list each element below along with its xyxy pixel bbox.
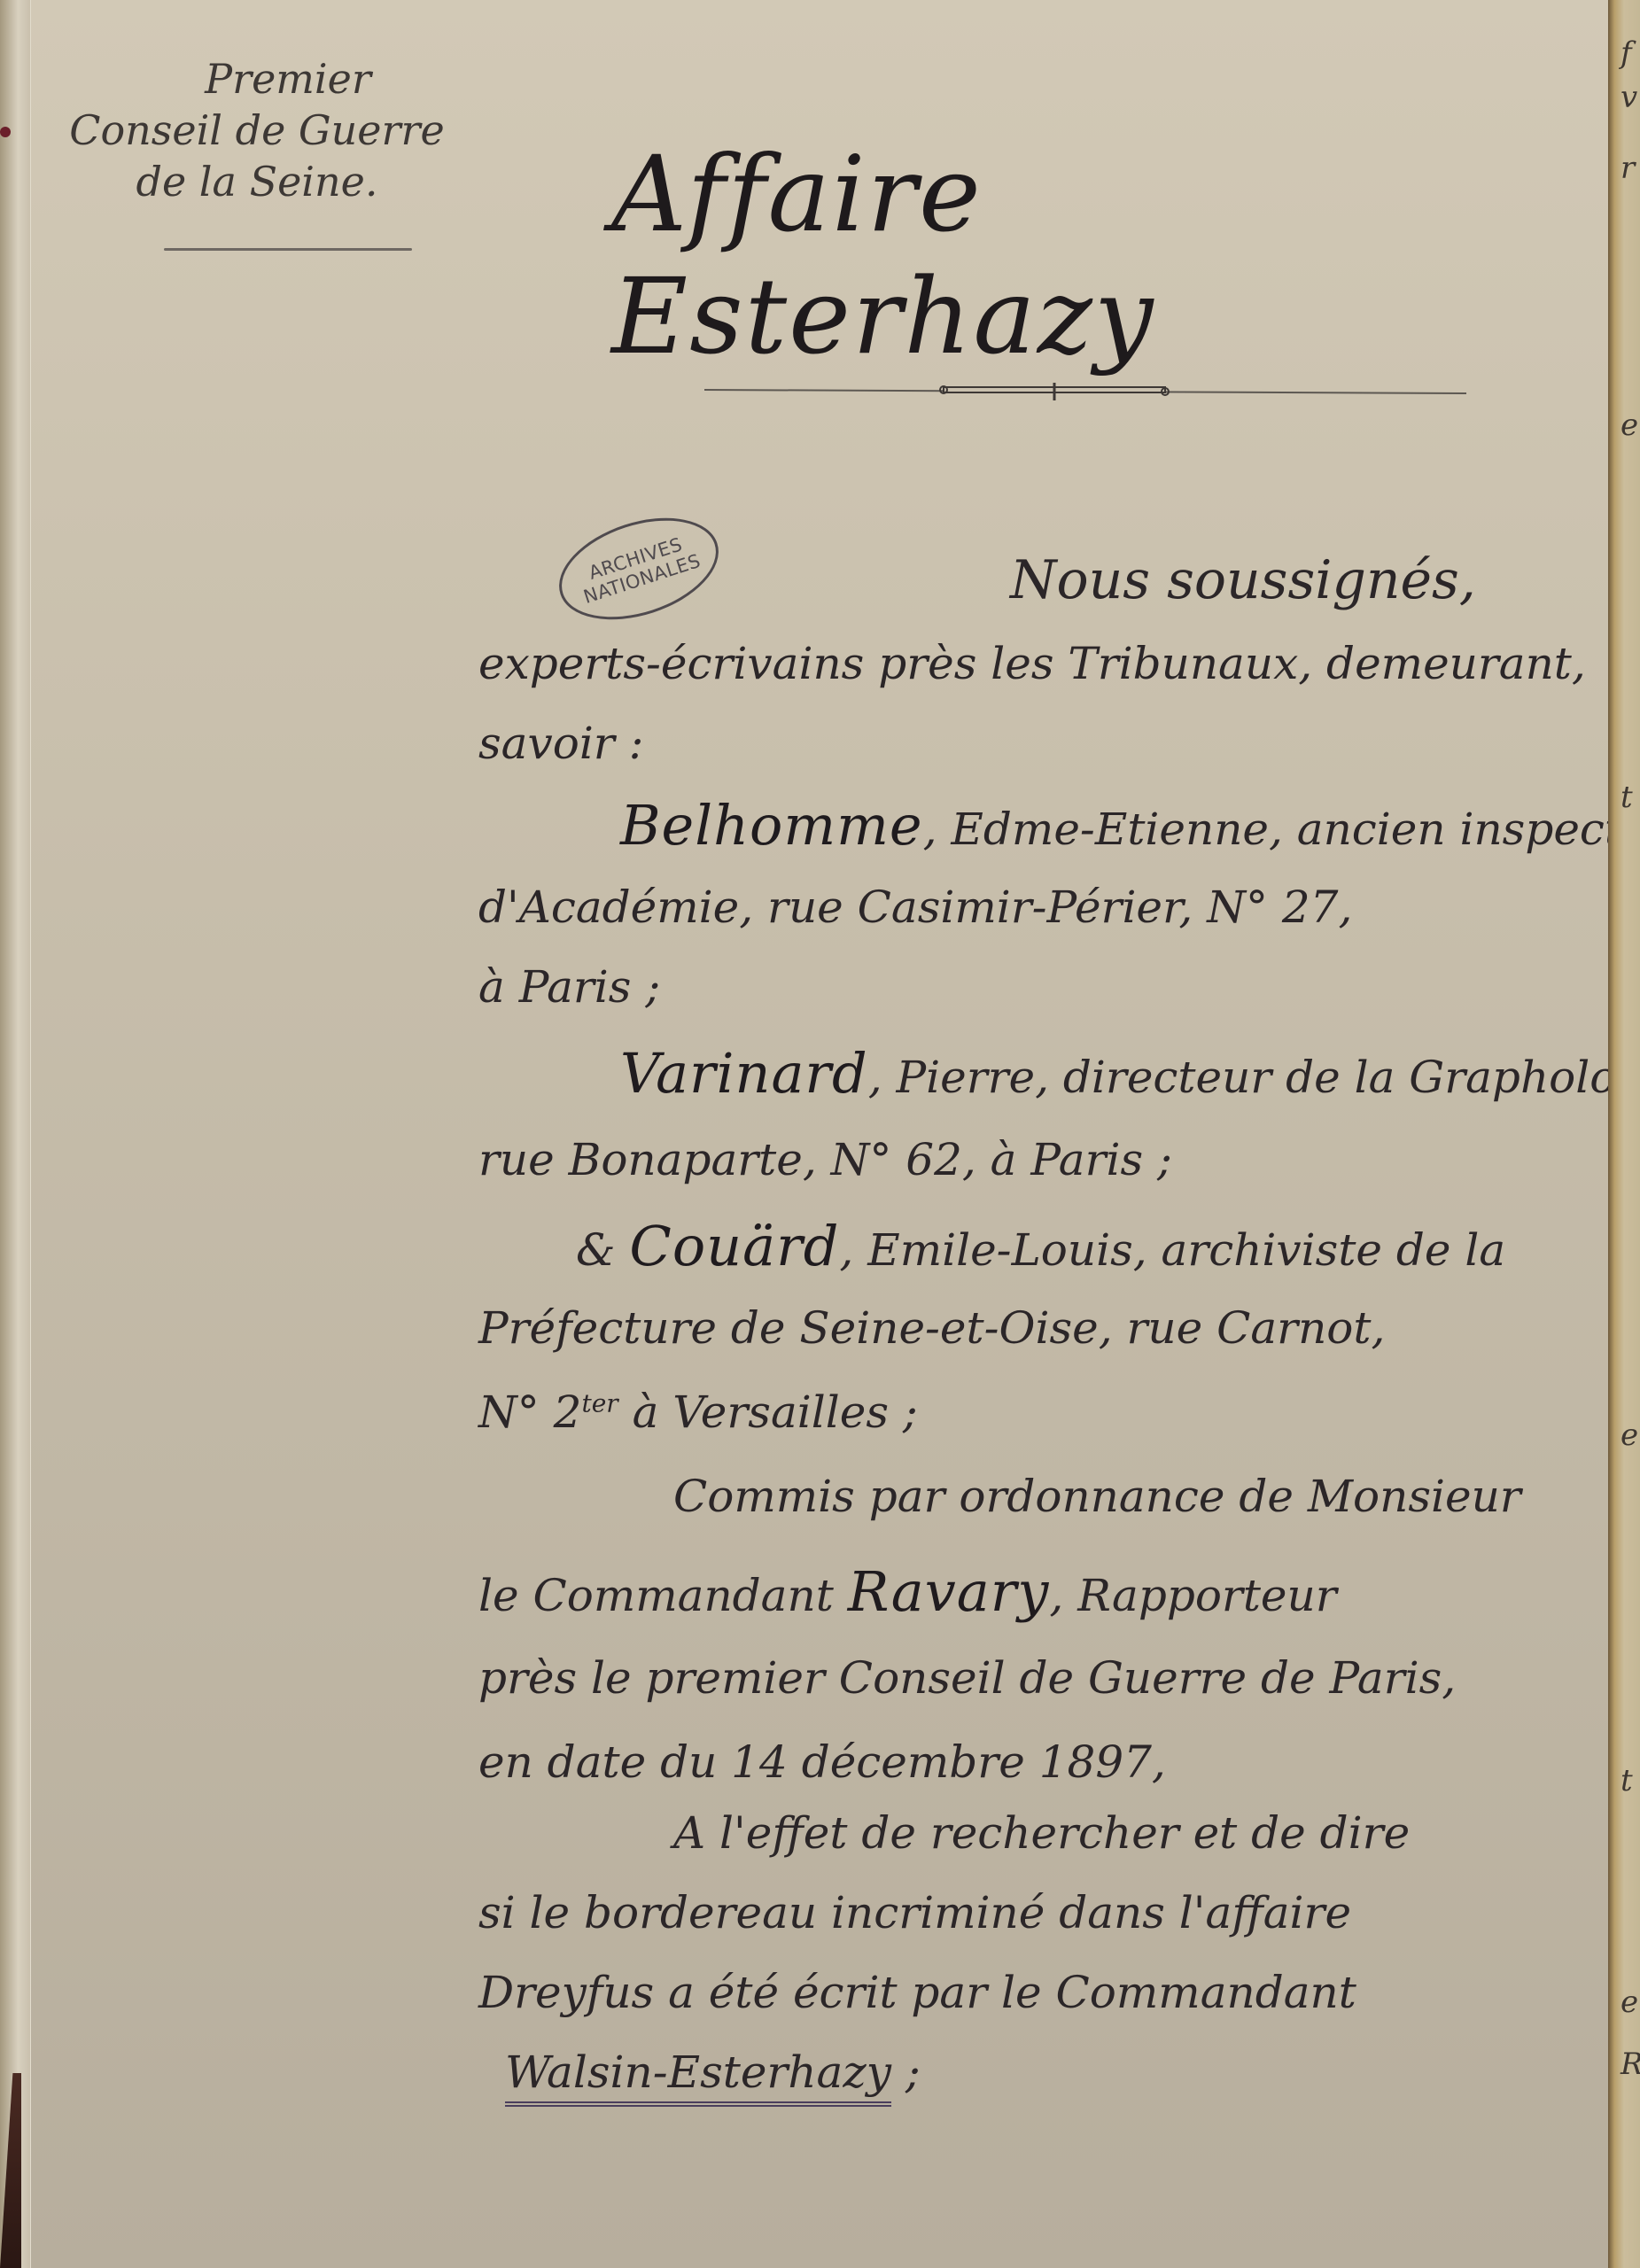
- body-line: experts-écrivains près les Tribunaux, de…: [478, 638, 1586, 689]
- binding-thread: [0, 127, 11, 137]
- adjacent-page-edge: f v r e t e t e R: [1608, 0, 1640, 2268]
- manuscript-page: Premier Conseil de Guerre de la Seine. A…: [0, 0, 1613, 2268]
- title-ornament-divider: [704, 383, 1466, 400]
- accused-name-underlined: Walsin-Esterhazy: [505, 2047, 891, 2107]
- expert-name: Couärd: [629, 1214, 839, 1278]
- court-header-line-3: de la Seine.: [40, 156, 474, 207]
- expert-entry-varinard: Varinard, Pierre, directeur de la Grapho…: [620, 1041, 1640, 1106]
- body-line: savoir :: [478, 718, 643, 769]
- body-line: N° 2ter à Versailles ;: [478, 1386, 918, 1438]
- expert-name: Belhomme: [620, 793, 923, 858]
- header-rule: [164, 248, 412, 251]
- body-line: Walsin-Esterhazy ;: [505, 2047, 921, 2098]
- body-line: d'Académie, rue Casimir-Périer, N° 27,: [478, 882, 1352, 933]
- body-line: en date du 14 décembre 1897,: [478, 1736, 1166, 1788]
- court-header-line-1: Premier: [102, 53, 474, 105]
- expert-entry-belhomme: Belhomme, Edme-Etienne, ancien inspecteu…: [620, 793, 1640, 858]
- binding-shadow: [0, 2073, 21, 2268]
- court-header-line-2: Conseil de Guerre: [40, 105, 474, 156]
- body-line: A l'effet de rechercher et de dire: [673, 1807, 1410, 1859]
- body-line: près le premier Conseil de Guerre de Par…: [478, 1652, 1456, 1704]
- body-line: Dreyfus a été écrit par le Commandant: [478, 1967, 1356, 2018]
- body-line: Nous soussignés,: [1010, 549, 1476, 611]
- body-line: rue Bonaparte, N° 62, à Paris ;: [478, 1134, 1172, 1185]
- document-title: Affaire Esterhazy: [611, 133, 1542, 377]
- expert-name: Varinard: [620, 1041, 868, 1106]
- body-line: Préfecture de Seine-et-Oise, rue Carnot,: [478, 1302, 1385, 1354]
- body-line: à Paris ;: [478, 961, 660, 1013]
- body-line: si le bordereau incriminé dans l'affaire: [478, 1887, 1351, 1938]
- expert-entry-couard: & Couärd, Emile-Louis, archiviste de la: [576, 1214, 1505, 1278]
- court-header: Premier Conseil de Guerre de la Seine.: [40, 53, 474, 251]
- binding-edge: [0, 0, 31, 2268]
- body-line: le Commandant Ravary, Rapporteur: [478, 1559, 1337, 1624]
- archives-nationales-stamp: ARCHIVES NATIONALES: [546, 500, 731, 638]
- rapporteur-name: Ravary: [848, 1559, 1050, 1624]
- body-line: Commis par ordonnance de Monsieur: [673, 1471, 1521, 1522]
